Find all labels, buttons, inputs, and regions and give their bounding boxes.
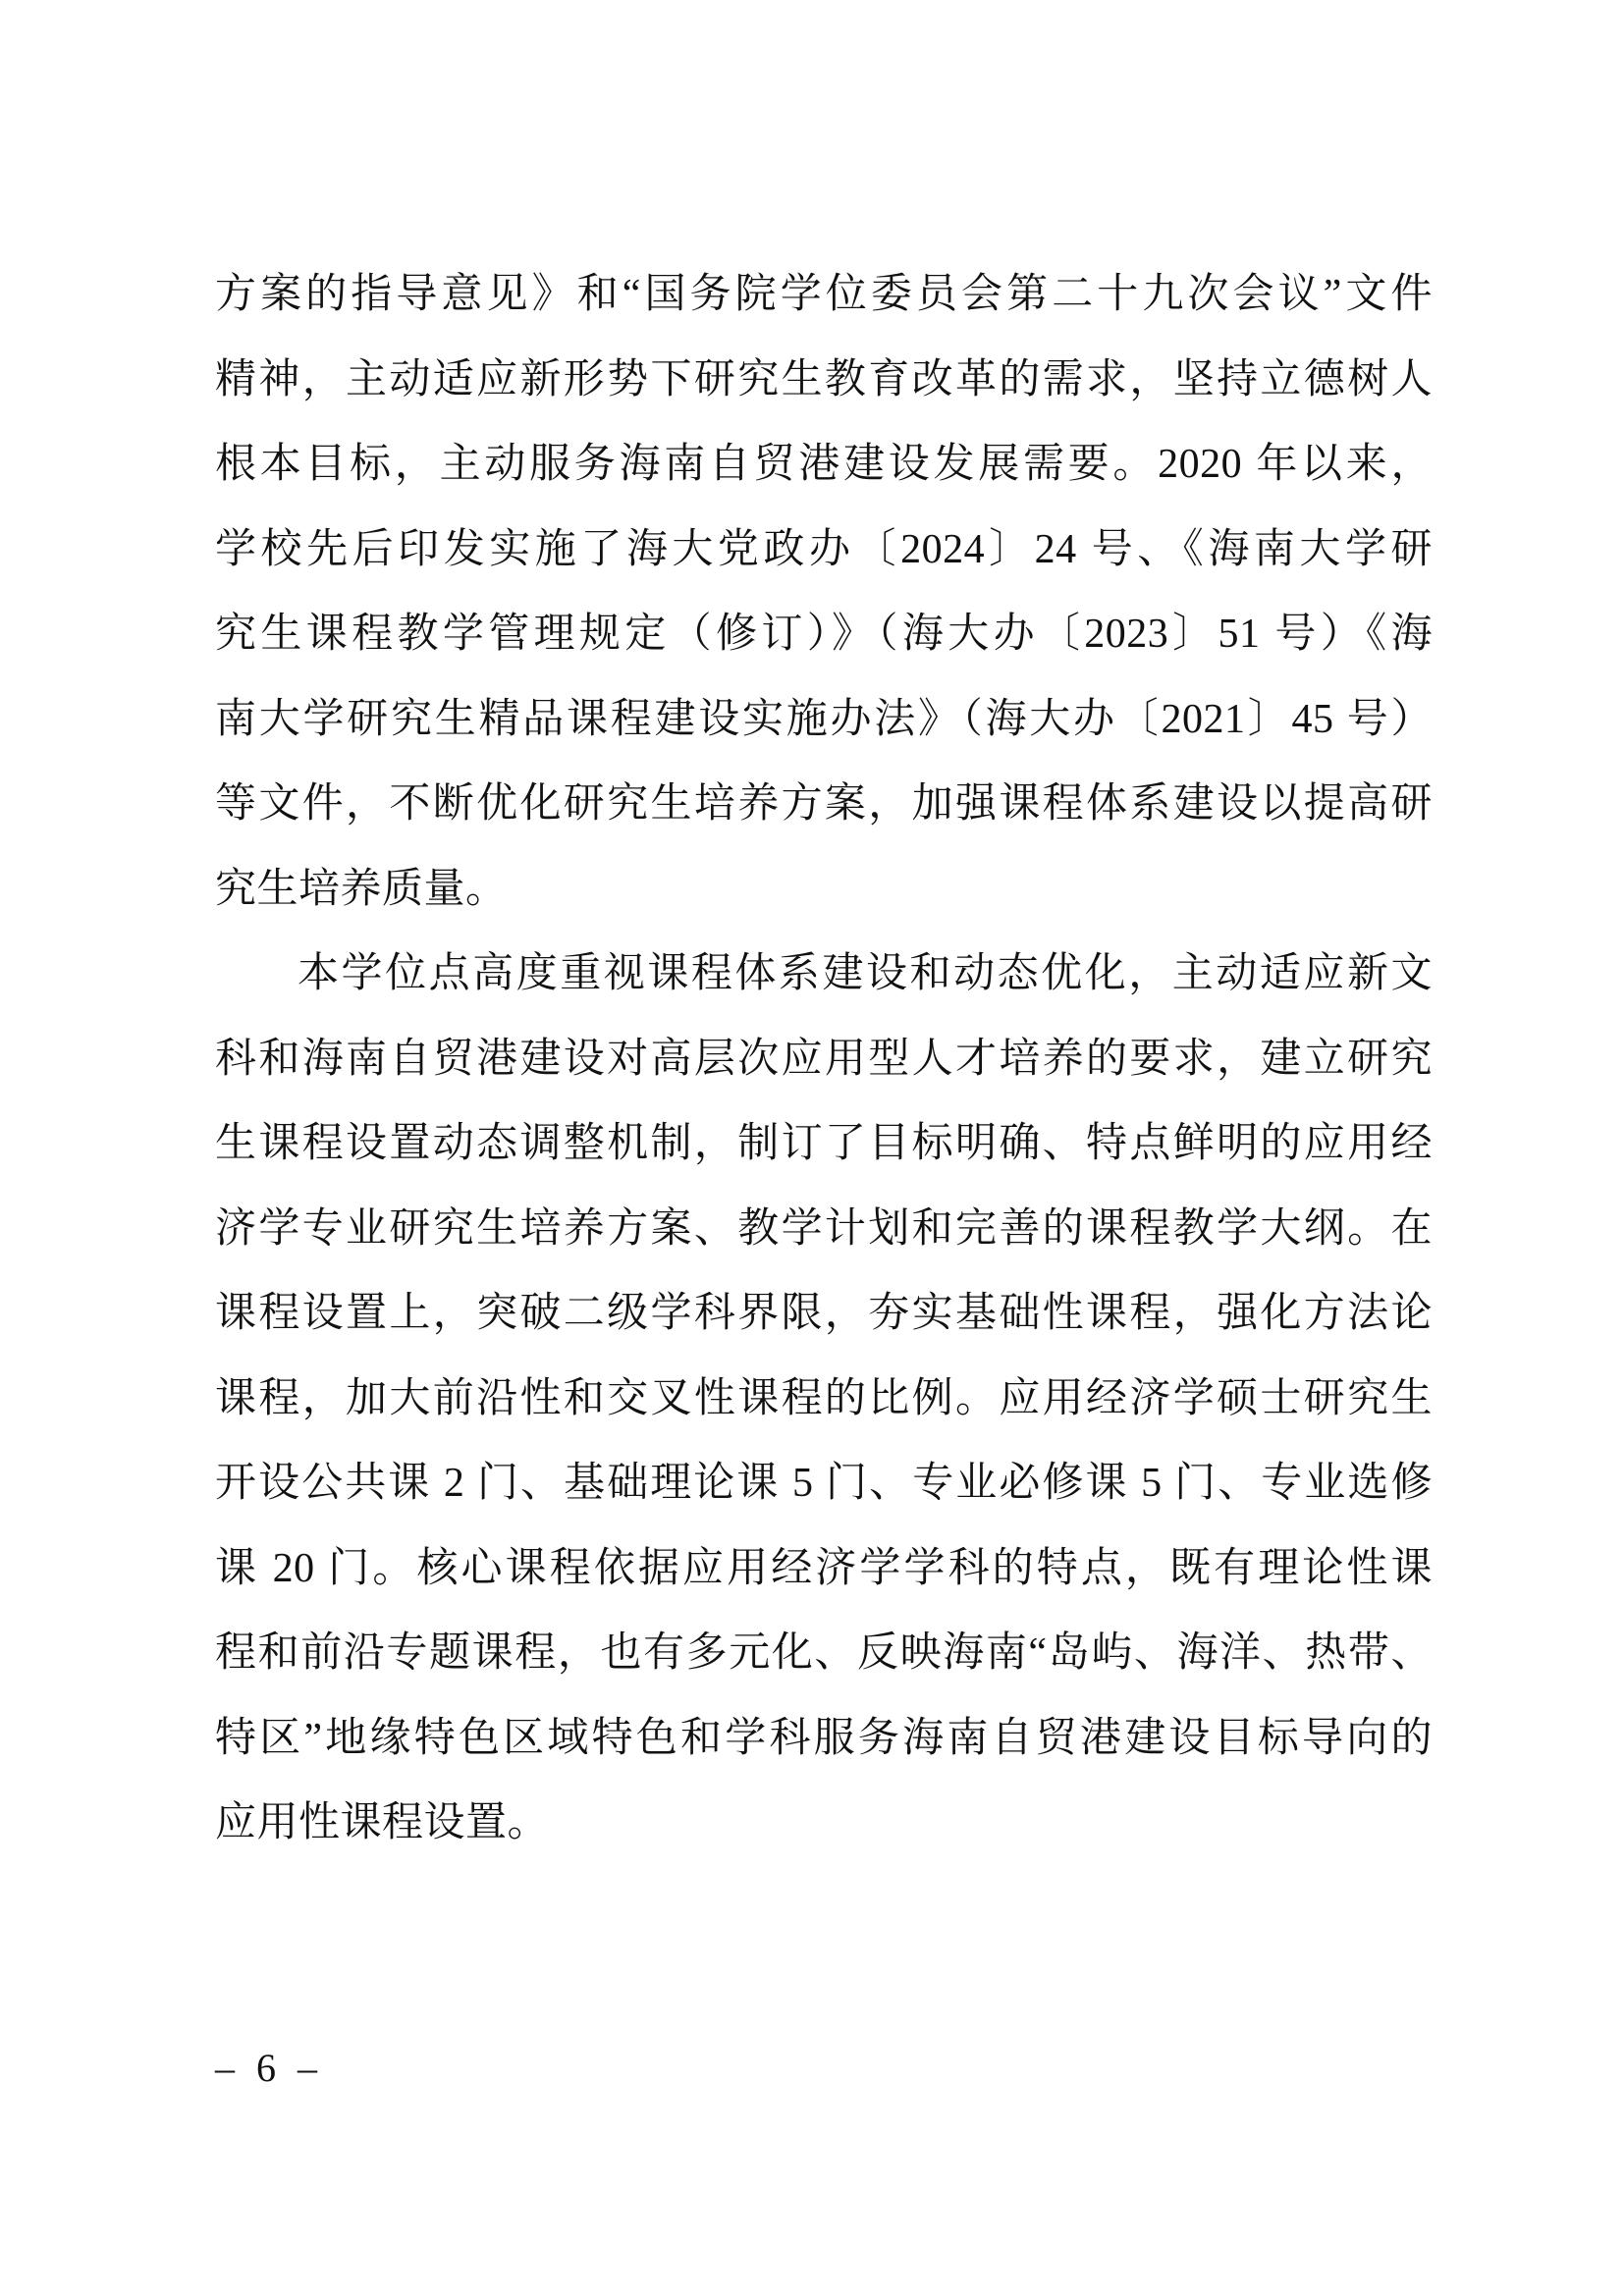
page-number: – 6 – — [215, 2045, 323, 2092]
body-line: 南大学研究生精品课程建设实施办法》（海大办〔2021〕45 号） — [215, 677, 1433, 763]
body-line: 方案的指导意见》和“国务院学位委员会第二十九次会议”文件 — [215, 252, 1433, 338]
body-line: 等文件，不断优化研究生培养方案，加强课程体系建设以提高研 — [215, 762, 1433, 847]
body-line: 课程设置上，突破二级学科界限，夯实基础性课程，强化方法论 — [215, 1271, 1433, 1357]
body-line: 应用性课程设置。 — [215, 1781, 1433, 1866]
body-line: 济学专业研究生培养方案、教学计划和完善的课程教学大纲。在 — [215, 1187, 1433, 1272]
body-line: 精神，主动适应新形势下研究生教育改革的需求，坚持立德树人 — [215, 338, 1433, 423]
body-line: 开设公共课 2 门、基础理论课 5 门、专业必修课 5 门、专业选修 — [215, 1441, 1433, 1526]
body-line: 生课程设置动态调整机制，制订了目标明确、特点鲜明的应用经 — [215, 1101, 1433, 1187]
body-line: 究生课程教学管理规定（修订）》（海大办〔2023〕51 号）《海 — [215, 592, 1433, 677]
body-line: 本学位点高度重视课程体系建设和动态优化，主动适应新文 — [215, 932, 1433, 1017]
body-line: 究生培养质量。 — [215, 847, 1433, 933]
body-text-block: 方案的指导意见》和“国务院学位委员会第二十九次会议”文件 精神，主动适应新形势下… — [215, 252, 1433, 1866]
body-line: 特区”地缘特色区域特色和学科服务海南自贸港建设目标导向的 — [215, 1696, 1433, 1782]
document-page: 方案的指导意见》和“国务院学位委员会第二十九次会议”文件 精神，主动适应新形势下… — [0, 0, 1624, 2296]
body-line: 科和海南自贸港建设对高层次应用型人才培养的要求，建立研究 — [215, 1017, 1433, 1102]
body-line: 程和前沿专题课程，也有多元化、反映海南“岛屿、海洋、热带、 — [215, 1611, 1433, 1696]
body-line: 课程，加大前沿性和交叉性课程的比例。应用经济学硕士研究生 — [215, 1357, 1433, 1442]
body-line: 根本目标，主动服务海南自贸港建设发展需要。2020 年以来， — [215, 422, 1433, 507]
body-line: 课 20 门。核心课程依据应用经济学学科的特点，既有理论性课 — [215, 1526, 1433, 1612]
body-line: 学校先后印发实施了海大党政办〔2024〕24 号、《海南大学研 — [215, 507, 1433, 593]
